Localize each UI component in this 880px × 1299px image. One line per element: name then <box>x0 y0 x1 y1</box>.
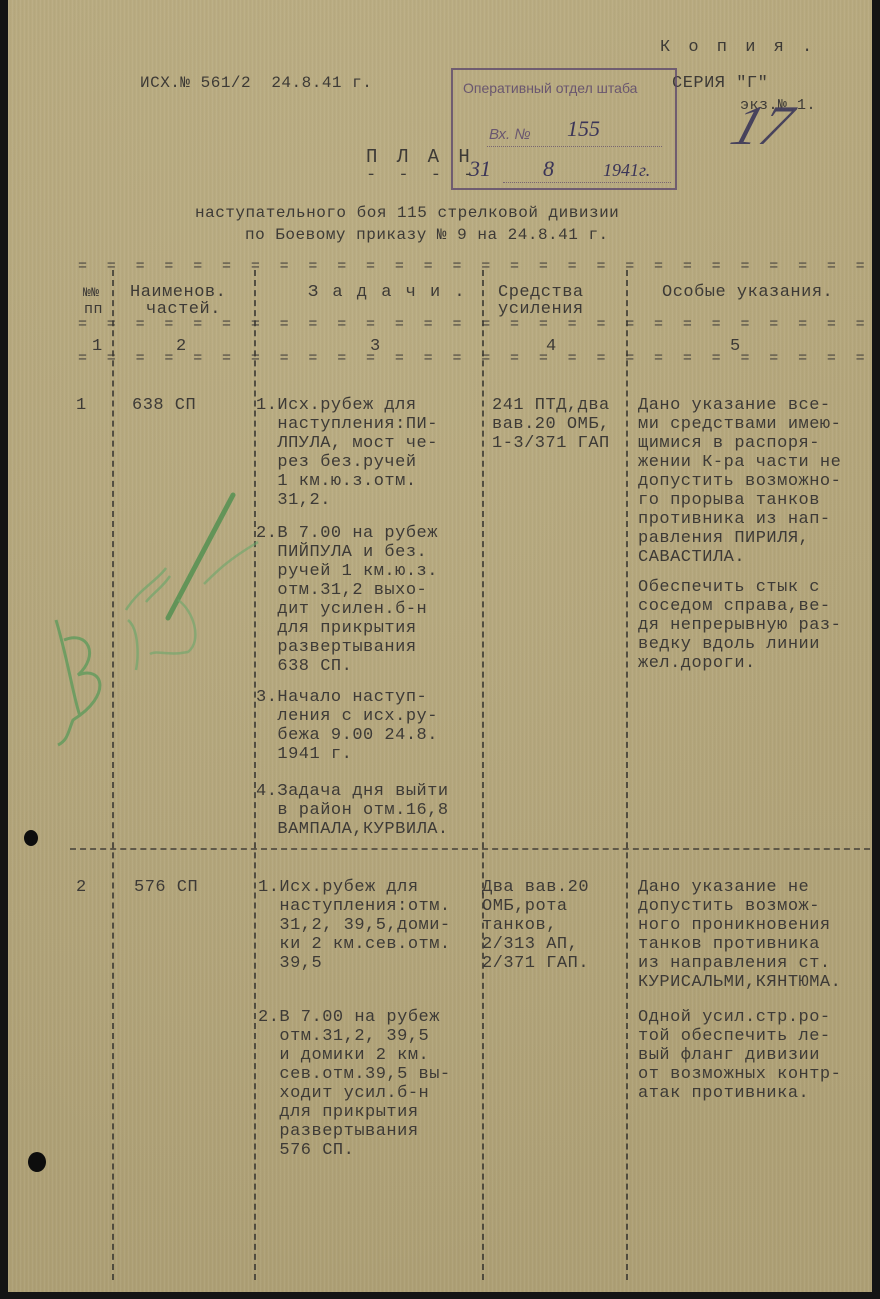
row2-notes-2: Одной усил.стр.ро- той обеспечить ле- вы… <box>638 1008 841 1103</box>
punch-hole <box>28 1152 46 1172</box>
table-top-border: = = = = = = = = = = = = = = = = = = = = … <box>78 258 880 275</box>
stamp-date-year: 1941г. <box>603 160 650 181</box>
row1-reinforcement: 241 ПТД,два вав.20 ОМБ, 1-3/371 ГАП <box>492 396 610 453</box>
column-divider <box>626 270 628 1280</box>
subtitle-line1: наступательного боя 115 стрелковой дивиз… <box>195 204 619 223</box>
column-divider <box>112 270 114 1280</box>
col-header-3: З а д а ч и . <box>308 283 467 302</box>
row2-reinforcement: Два вав.20 ОМБ,рота танков, 2/313 АП, 2/… <box>482 878 589 973</box>
row1-task-4: 4.Задача дня выйти в район отм.16,8 ВАМП… <box>256 782 449 839</box>
row2-task-1: 1.Исх.рубеж для наступления:отм. 31,2, 3… <box>258 878 451 973</box>
row1-number: 1 <box>76 396 87 415</box>
plan-title-underline: - - - - <box>366 166 479 185</box>
col-number-4: 4 <box>546 337 557 356</box>
stamp-number-underline <box>487 146 662 147</box>
row1-notes-2: Обеспечить стык с соседом справа,ве- дя … <box>638 578 841 673</box>
row2-unit: 576 СП <box>134 878 198 897</box>
row2-task-2: 2.В 7.00 на рубеж отм.31,2, 39,5 и домик… <box>258 1008 451 1160</box>
incoming-stamp: Оперативный отдел штаба Вх. № 155 31 8 1… <box>451 68 677 190</box>
row1-task-2: 2.В 7.00 на рубеж ПИЙПУЛА и без. ручей 1… <box>256 524 438 676</box>
subtitle-line2: по Боевому приказу № 9 на 24.8.41 г. <box>245 226 609 245</box>
series-label: СЕРИЯ "Г" <box>672 74 768 93</box>
column-divider <box>482 270 484 1280</box>
green-pencil-annotation <box>28 480 268 760</box>
col-number-2: 2 <box>176 337 187 356</box>
col-header-2b: частей. <box>146 300 221 319</box>
row2-number: 2 <box>76 878 87 897</box>
col-number-3: 3 <box>370 337 381 356</box>
outgoing-number: ИСХ.№ 561/2 24.8.41 г. <box>140 74 372 93</box>
row1-notes-1: Дано указание все- ми средствами имею- щ… <box>638 396 841 567</box>
stamp-incoming-label: Вх. № <box>489 126 531 143</box>
col-header-5: Особые указания. <box>662 283 833 302</box>
col-number-1: 1 <box>92 337 103 356</box>
row2-notes-1: Дано указание не допустить возмож- ного … <box>638 878 841 992</box>
row1-unit: 638 СП <box>132 396 196 415</box>
row-separator <box>70 848 870 850</box>
stamp-date-month: 8 <box>543 156 554 182</box>
punch-hole <box>24 830 38 846</box>
handwritten-number: 17 <box>724 96 799 156</box>
plan-title: П Л А Н <box>366 148 474 167</box>
col-number-5: 5 <box>730 337 741 356</box>
col-header-1b: пп <box>84 300 103 319</box>
stamp-date-underline <box>503 182 671 183</box>
numbers-bottom-border: = = = = = = = = = = = = = = = = = = = = … <box>78 350 880 367</box>
row1-task-1: 1.Исх.рубеж для наступления:ПИ- ЛПУЛА, м… <box>256 396 438 510</box>
stamp-incoming-number: 155 <box>567 116 600 142</box>
document-page: К о п и я . ИСХ.№ 561/2 24.8.41 г. СЕРИЯ… <box>8 0 872 1292</box>
stamp-title: Оперативный отдел штаба <box>463 80 637 96</box>
col-header-4b: усиления <box>498 300 584 319</box>
copy-label: К о п и я . <box>660 38 816 57</box>
row1-task-3: 3.Начало наступ- ления с исх.ру- бежа 9.… <box>256 688 438 764</box>
